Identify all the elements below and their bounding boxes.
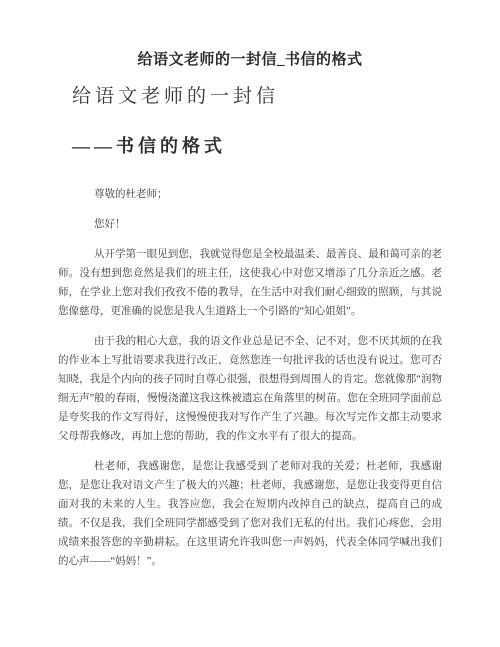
document-title: 给语文老师的一封信_书信的格式 xyxy=(58,50,442,71)
greeting: 您好！ xyxy=(58,215,442,234)
letter-paragraph-1: 从开学第一眼见到您，我就觉得您是全校最温柔、最善良、最和蔼可亲的老师。没有想到您… xyxy=(58,245,442,321)
letter-paragraph-2: 由于我的粗心大意，我的语文作业总是记不全、记不对，您不厌其烦的在我的作业本上写批… xyxy=(58,332,442,446)
salutation: 尊敬的杜老师； xyxy=(58,185,442,204)
letter-body: 尊敬的杜老师； 您好！ 从开学第一眼见到您，我就觉得您是全校最温柔、最善良、最和… xyxy=(58,185,442,571)
document-page: 给语文老师的一封信_书信的格式 给语文老师的一封信 ——书信的格式 尊敬的杜老师… xyxy=(0,0,500,647)
letter-paragraph-3: 杜老师，我感谢您，是您让我感受到了老师对我的关爱；杜老师，我感谢您，是您让我对语… xyxy=(58,457,442,571)
letter-format-subtitle: ——书信的格式 xyxy=(72,134,442,158)
letter-title: 给语文老师的一封信 xyxy=(72,84,442,110)
